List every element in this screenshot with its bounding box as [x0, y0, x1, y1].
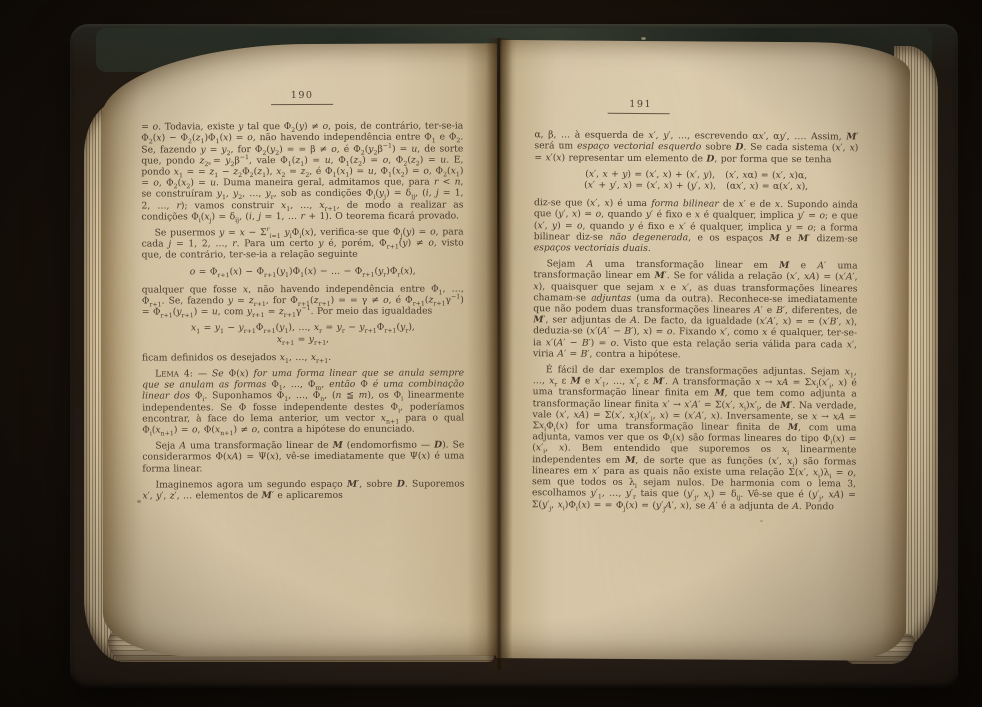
paragraph: Se pusermos y = x − Σri=1 yiΦi(x), verif… [142, 226, 464, 261]
display-formula: (x′, x + y) = (x′, x) + (x′, y), (x′, xα… [534, 168, 858, 193]
left-page-number-rule [271, 104, 333, 105]
open-book-photo: 190 = o. Todavia, existe y tal que Φ2(y)… [0, 0, 982, 707]
paragraph: qualquer que fosse x, não havendo indepe… [142, 283, 464, 318]
display-formula: o = Φr+1(x) − Φr+1(y1)Φ1(x) − … − Φr+1(y… [142, 265, 464, 277]
left-page: 190 = o. Todavia, existe y tal que Φ2(y)… [101, 43, 499, 656]
left-page-text-column: 190 = o. Todavia, existe y tal que Φ2(y)… [141, 89, 464, 506]
right-page-number-rule [608, 113, 670, 114]
paragraph: diz-se que (x′, x) é uma forma bilinear … [534, 197, 858, 255]
paragraph: ficam definidos os desejados x1, …, xr+1… [142, 351, 464, 363]
right-page-number: 191 [535, 98, 747, 111]
right-page: 191 α, β, … à esquerda de x′, y′, …, esc… [496, 40, 910, 661]
paragraph: = o. Todavia, existe y tal que Φ2(y) ≠ o… [141, 121, 463, 223]
paragraph: Seja A uma transformação linear de M (en… [142, 440, 464, 475]
paragraph: É fácil de dar exemplos de transformaçõe… [532, 364, 857, 512]
paragraph: α, β, … à esquerda de x′, y′, …, escreve… [534, 129, 858, 165]
paragraph: Sejam A uma transformação linear em M e … [533, 258, 858, 361]
right-page-text-column: 191 α, β, … à esquerda de x′, y′, …, esc… [532, 98, 859, 517]
lemma-paragraph: LEMA 4: — Se Φ(x) for uma forma linear q… [142, 367, 464, 435]
display-formula: x1 = y1 − yr+1Φr+1(y1), …, xr = yr − yr+… [142, 322, 464, 346]
left-page-number: 190 [141, 89, 463, 101]
paragraph: Imaginemos agora um segundo espaço M′, s… [142, 478, 464, 502]
